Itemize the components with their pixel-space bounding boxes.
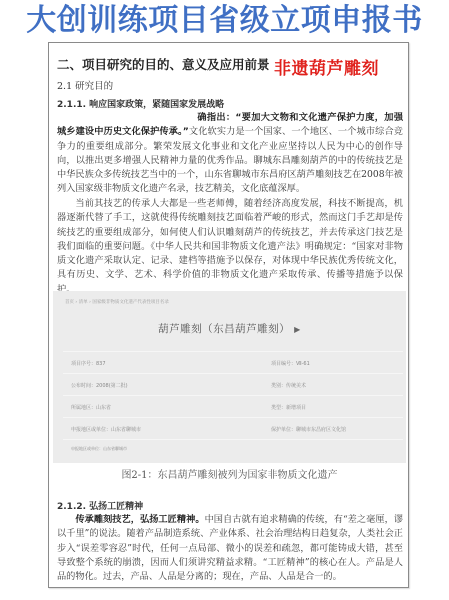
row-right: 项目编号：Ⅶ-61 [271,360,310,367]
row-left: 所属地区：山东省 [71,404,111,411]
paragraph-policy: 确指出：“要加大文物和文化遗产保护力度，加强城乡建设中历史文化保护传承。”文化软… [57,111,403,197]
listing-row: 公布时间：2008(第二批) 类别：传统美术 [63,373,403,394]
row-left: 申报地区或单位：山东省聊城市 [71,446,127,452]
row-right: 类别：传统美术 [271,382,306,389]
subsection-heading: 2.1 研究目的 [57,78,113,92]
listing-row: 项目序号：837 项目编号：Ⅶ-61 [63,351,403,372]
subsubsection-heading-2-1-1: 2.1.1. 响应国家政策，紧随国家发展战略 [57,97,224,110]
paragraph-craftsmanship: 传承雕刻技艺，弘扬工匠精神。中国自古就有追求精确的传统，有“差之毫厘，谬以千里”… [57,513,403,584]
bold-lead: 传承雕刻技艺，弘扬工匠精神。 [75,514,204,525]
row-left: 项目序号：837 [71,360,106,367]
listing-row: 所属地区：山东省 类型：新增项目 [63,395,403,416]
play-icon: ▶ [294,325,301,334]
listing-row: 申报地区或单位：山东省聊城市 [63,439,403,460]
banner-title: 大创训练项目省级立项申报书 [0,2,449,40]
row-right: 保护单位：聊城市东昌府区文化馆 [271,426,346,433]
paragraph-heritage-law: 当前其技艺的传承人大都是一些老师傅，随着经济高度发展，科技不断提高，机器逐渐代替… [57,197,403,297]
section-heading: 二、项目研究的目的、意义及应用前景 [57,55,270,73]
row-left: 申报地区或单位：山东省聊城市 [71,426,141,433]
lead-prefix: 确指出： [197,112,235,123]
row-right: 类型：新增项目 [271,404,306,411]
breadcrumb: 首页 › 清单 › 国家级非物质文化遗产代表性项目名录 [65,299,169,305]
listing-row: 申报地区或单位：山东省聊城市 保护单位：聊城市东昌府区文化馆 [63,417,403,438]
topic-stamp: 非遗葫芦雕刻 [274,54,379,79]
figure-caption: 图2-1：东昌葫芦雕刻被列为国家非物质文化遗产 [49,466,410,481]
row-left: 公布时间：2008(第二批) [71,382,128,389]
listing-title: 葫芦雕刻（东昌葫芦雕刻） [158,323,290,335]
heritage-listing-figure: 首页 › 清单 › 国家级非物质文化遗产代表性项目名录 葫芦雕刻（东昌葫芦雕刻）… [53,291,406,463]
subsubsection-heading-2-1-2: 2.1.2. 弘扬工匠精神 [57,499,143,512]
figure-title: 葫芦雕刻（东昌葫芦雕刻）▶ [53,321,406,336]
document-page: 二、项目研究的目的、意义及应用前景 非遗葫芦雕刻 2.1 研究目的 2.1.1.… [48,42,409,588]
